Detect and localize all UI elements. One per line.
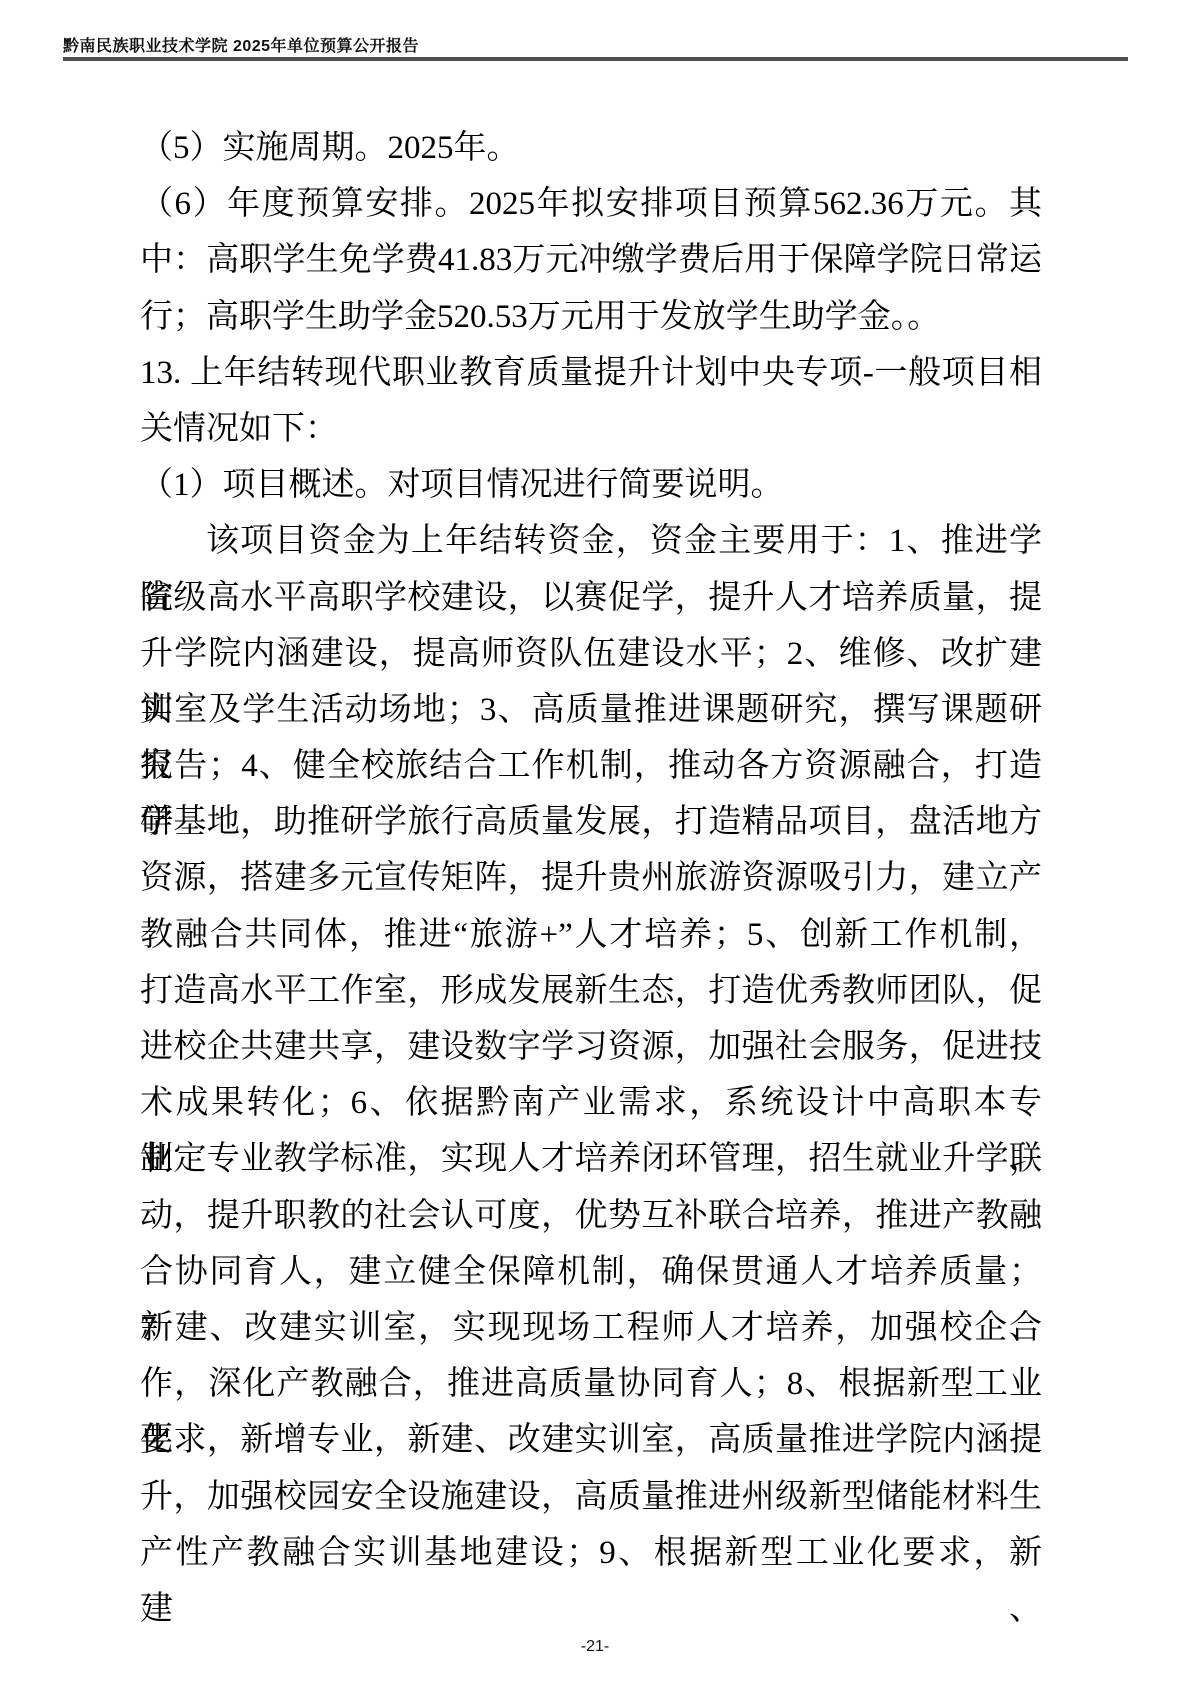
document-line: （1）项目概述。对项目情况进行简要说明。	[140, 457, 1042, 513]
document-line: 学基地，助推研学旅行高质量发展，打造精品项目，盘活地方	[140, 794, 1042, 850]
page-number: -21-	[0, 1638, 1190, 1656]
document-line: 打造高水平工作室，形成发展新生态，打造优秀教师团队，促	[140, 963, 1042, 1019]
document-line: 中：高职学生免学费41.83万元冲缴学费后用于保障学院日常运	[140, 232, 1042, 288]
document-line: 训室及学生活动场地；3、高质量推进课题研究，撰写课题研究	[140, 682, 1042, 738]
document-line: 报告；4、健全校旅结合工作机制，推动各方资源融合，打造研	[140, 738, 1042, 794]
document-line: 作，深化产教融合，推进高质量协同育人；8、根据新型工业化	[140, 1356, 1042, 1412]
document-line: 省级高水平高职学校建设，以赛促学，提升人才培养质量，提	[140, 570, 1042, 626]
document-line: 合协同育人，建立健全保障机制，确保贯通人才培养质量；7、	[140, 1244, 1042, 1300]
document-line: 该项目资金为上年结转资金，资金主要用于：1、推进学院	[140, 513, 1042, 569]
document-line: 动，提升职教的社会认可度，优势互补联合培养，推进产教融	[140, 1188, 1042, 1244]
document-line: （6）年度预算安排。2025年拟安排项目预算562.36万元。其	[140, 176, 1042, 232]
document-line: 资源，搭建多元宣传矩阵，提升贵州旅游资源吸引力，建立产	[140, 850, 1042, 906]
document-line: 升学院内涵建设，提高师资队伍建设水平；2、维修、改扩建实	[140, 626, 1042, 682]
document-line: 行；高职学生助学金520.53万元用于发放学生助学金。。	[140, 289, 1042, 345]
document-body: （5）实施周期。2025年。 （6）年度预算安排。2025年拟安排项目预算562…	[140, 120, 1042, 1581]
page-header-title: 黔南民族职业技术学院 2025年单位预算公开报告	[63, 33, 419, 56]
document-line: 教融合共同体，推进“旅游+”人才培养；5、创新工作机制，	[140, 907, 1042, 963]
document-line: 13. 上年结转现代职业教育质量提升计划中央专项-一般项目相	[140, 345, 1042, 401]
document-page: 黔南民族职业技术学院 2025年单位预算公开报告 （5）实施周期。2025年。 …	[0, 0, 1190, 1684]
document-line: 术成果转化；6、依据黔南产业需求，系统设计中高职本专业，	[140, 1075, 1042, 1131]
document-line: 制定专业教学标准，实现人才培养闭环管理，招生就业升学联	[140, 1131, 1042, 1187]
header-rule	[63, 57, 1128, 61]
document-line: 要求，新增专业，新建、改建实训室，高质量推进学院内涵提	[140, 1412, 1042, 1468]
document-line: 升，加强校园安全设施建设，高质量推进州级新型储能材料生	[140, 1469, 1042, 1525]
document-line: 产性产教融合实训基地建设；9、根据新型工业化要求，新建、	[140, 1525, 1042, 1581]
document-line: 进校企共建共享，建设数字学习资源，加强社会服务，促进技	[140, 1019, 1042, 1075]
document-line: 关情况如下：	[140, 401, 1042, 457]
document-line: （5）实施周期。2025年。	[140, 120, 1042, 176]
document-line: 新建、改建实训室，实现现场工程师人才培养，加强校企合	[140, 1300, 1042, 1356]
